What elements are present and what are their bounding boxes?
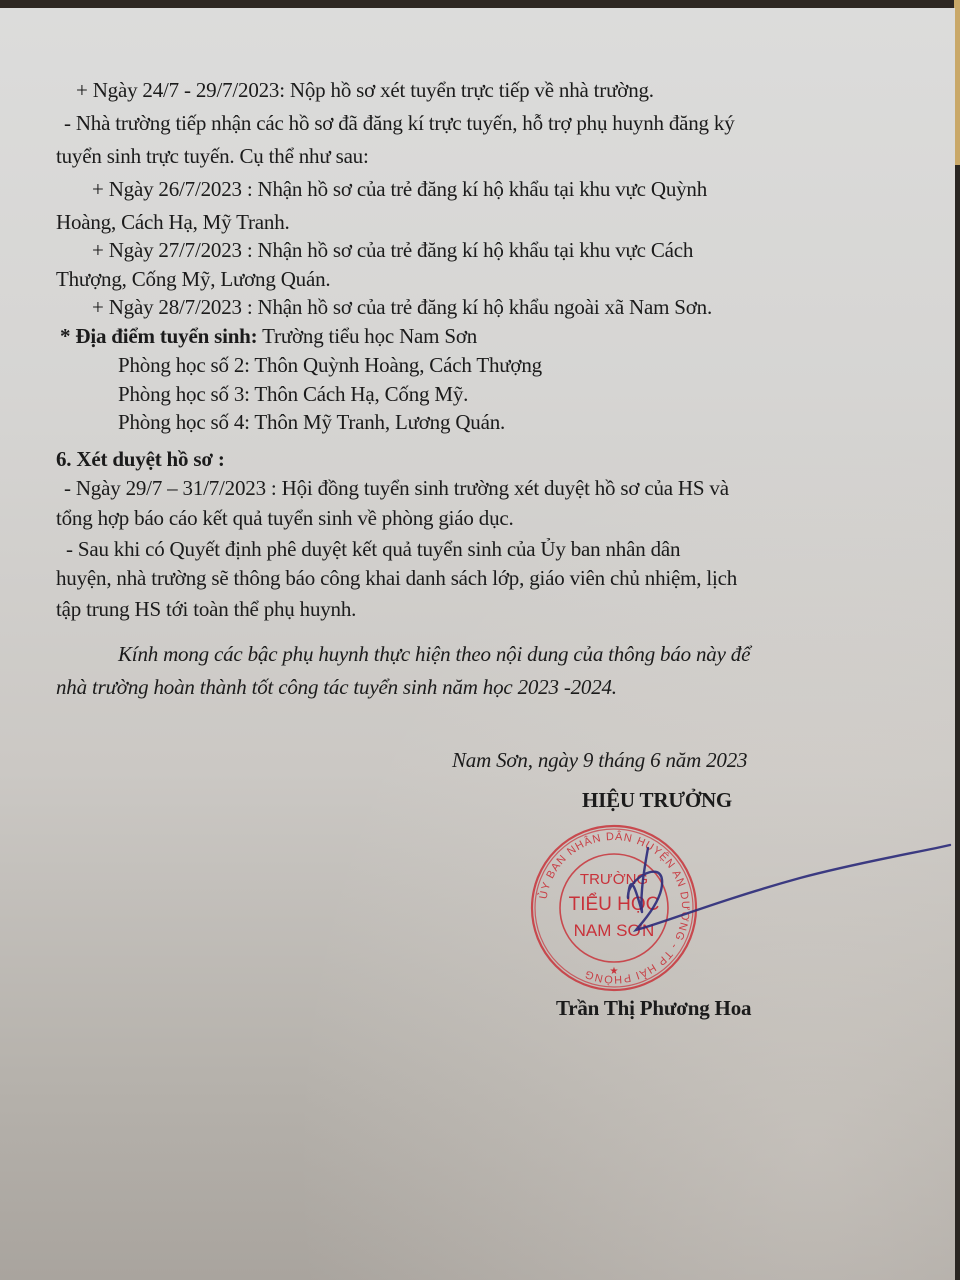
section-heading: 6. Xét duyệt hồ sơ : — [56, 447, 225, 471]
text-line: huyện, nhà trường sẽ thông báo công khai… — [56, 566, 737, 590]
text-line: Hoàng, Cách Hạ, Mỹ Tranh. — [56, 210, 290, 234]
text-line: tập trung HS tới toàn thể phụ huynh. — [56, 597, 356, 621]
signer-title: HIỆU TRƯỞNG — [582, 788, 732, 812]
room-line: Phòng học số 2: Thôn Quỳnh Hoàng, Cách T… — [118, 353, 542, 377]
text-line: + Ngày 28/7/2023 : Nhận hồ sơ của trẻ đă… — [92, 295, 712, 319]
location-line: * Địa điểm tuyển sinh: Trường tiểu học N… — [60, 324, 477, 348]
text-line: - Ngày 29/7 – 31/7/2023 : Hội đồng tuyển… — [64, 476, 729, 500]
room-line: Phòng học số 3: Thôn Cách Hạ, Cống Mỹ. — [118, 382, 468, 406]
room-line: Phòng học số 4: Thôn Mỹ Tranh, Lương Quá… — [118, 410, 505, 434]
location-label: * Địa điểm tuyển sinh: — [60, 324, 257, 348]
svg-text:★: ★ — [610, 966, 619, 977]
location-value: Trường tiểu học Nam Sơn — [257, 324, 477, 348]
place-date: Nam Sơn, ngày 9 tháng 6 năm 2023 — [452, 748, 747, 772]
text-line: - Sau khi có Quyết định phê duyệt kết qu… — [66, 537, 680, 561]
signer-name: Trần Thị Phương Hoa — [556, 996, 751, 1020]
closing-line: nhà trường hoàn thành tốt công tác tuyển… — [56, 675, 617, 699]
text-line: + Ngày 27/7/2023 : Nhận hồ sơ của trẻ đă… — [92, 238, 693, 262]
text-line: + Ngày 24/7 - 29/7/2023: Nộp hồ sơ xét t… — [76, 78, 654, 102]
text-line: tuyển sinh trực tuyến. Cụ thể như sau: — [56, 144, 369, 168]
closing-line: Kính mong các bậc phụ huynh thực hiện th… — [118, 642, 750, 666]
text-line: Thượng, Cống Mỹ, Lương Quán. — [56, 267, 330, 291]
text-line: + Ngày 26/7/2023 : Nhận hồ sơ của trẻ đă… — [92, 177, 707, 201]
text-line: tổng hợp báo cáo kết quả tuyển sinh về p… — [56, 506, 514, 530]
handwritten-signature — [600, 840, 960, 950]
text-line: - Nhà trường tiếp nhận các hồ sơ đã đăng… — [64, 111, 735, 135]
